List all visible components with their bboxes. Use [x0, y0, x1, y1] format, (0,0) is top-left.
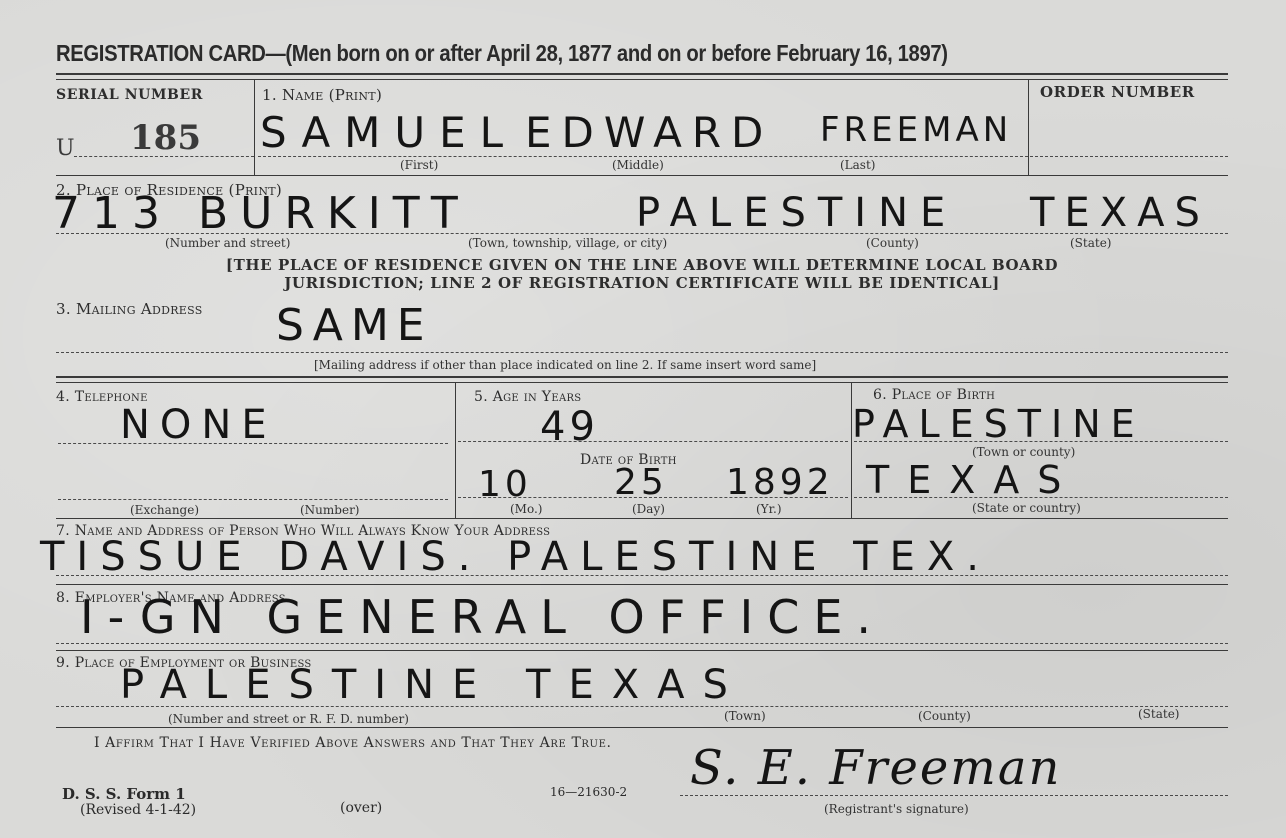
employment-underline	[56, 706, 1228, 707]
name-first[interactable]: SAMUEL	[260, 108, 517, 157]
telephone-value[interactable]: NONE	[120, 402, 277, 448]
name-middle[interactable]: EDWARD	[525, 108, 773, 157]
mailing-underline	[56, 352, 1228, 353]
birthplace-underline	[854, 441, 1228, 442]
rule	[56, 79, 1228, 80]
exchange-caption: (Exchange)	[130, 503, 199, 517]
name-underline	[258, 156, 1028, 157]
residence-underline	[56, 233, 1228, 234]
birthplace-state[interactable]: TEXAS	[866, 458, 1079, 502]
mailing-label: 3. Mailing Address	[56, 300, 203, 318]
employment-town-caption: (Town)	[724, 709, 766, 723]
name-label: 1. Name (Print)	[262, 86, 382, 104]
county-caption: (County)	[866, 236, 919, 250]
serial-number-label: SERIAL NUMBER	[56, 87, 203, 103]
registrant-signature[interactable]: S. E. Freeman	[690, 740, 1061, 796]
dob-underline	[458, 497, 848, 498]
serial-prefix: U	[56, 136, 75, 161]
contact-underline	[56, 575, 1228, 576]
name-last[interactable]: FREEMAN	[820, 110, 1012, 150]
month-caption: (Mo.)	[510, 502, 542, 516]
rule	[56, 175, 1228, 176]
employment-street-caption: (Number and street or R. F. D. number)	[168, 712, 409, 726]
form-revised: (Revised 4-1-42)	[80, 802, 196, 818]
signature-caption: (Registrant's signature)	[824, 802, 969, 816]
street-caption: (Number and street)	[165, 236, 290, 250]
birthplace-underline-2	[854, 497, 1228, 498]
divider	[455, 383, 456, 518]
affirmation-text: I Affirm That I Have Verified Above Answ…	[94, 735, 612, 751]
age-value[interactable]: 49	[540, 404, 599, 450]
telephone-underline-2	[58, 499, 448, 500]
age-underline	[458, 441, 848, 442]
age-label: 5. Age in Years	[474, 389, 581, 405]
residence-town[interactable]: PALESTINE	[636, 190, 957, 236]
number-caption: (Number)	[300, 503, 360, 517]
employment-state-caption: (State)	[1138, 707, 1179, 721]
telephone-underline	[58, 443, 448, 444]
divider	[254, 80, 255, 175]
employment-county-caption: (County)	[918, 709, 971, 723]
employment-place-value[interactable]: PALESTINE TEXAS	[120, 662, 746, 708]
card-title: REGISTRATION CARD—(Men born on or after …	[56, 40, 948, 67]
contact-value[interactable]: TISSUE DAVIS. PALESTINE TEX.	[40, 534, 991, 580]
rule	[56, 73, 1228, 75]
registration-card: REGISTRATION CARD—(Men born on or after …	[0, 0, 1286, 838]
form-code: 16—21630-2	[550, 785, 627, 799]
rule	[56, 518, 1228, 519]
residence-street[interactable]: 713 BURKITT	[52, 188, 470, 239]
residence-notice-line1: [THE PLACE OF RESIDENCE GIVEN ON THE LIN…	[56, 256, 1228, 274]
rule	[56, 727, 1228, 728]
rule	[56, 376, 1228, 378]
residence-state[interactable]: TEXAS	[1030, 190, 1210, 236]
mailing-value[interactable]: SAME	[276, 300, 433, 351]
rule	[56, 584, 1228, 585]
residence-notice-line2: JURISDICTION; LINE 2 OF REGISTRATION CER…	[56, 274, 1228, 292]
dob-month[interactable]: 10	[478, 464, 532, 505]
day-caption: (Day)	[632, 502, 665, 516]
last-caption: (Last)	[840, 158, 875, 172]
rule	[56, 650, 1228, 651]
underline	[74, 156, 254, 157]
form-name: D. S. S. Form 1	[62, 785, 186, 803]
rule	[56, 382, 1228, 383]
state-caption: (State)	[1070, 236, 1111, 250]
divider	[1028, 80, 1029, 175]
first-caption: (First)	[400, 158, 438, 172]
order-underline	[1030, 156, 1228, 157]
mailing-caption: [Mailing address if other than place ind…	[314, 358, 816, 372]
birthplace-state-caption: (State or country)	[972, 501, 1081, 515]
order-number-label: ORDER NUMBER	[1040, 83, 1195, 101]
town-caption: (Town, township, village, or city)	[468, 236, 667, 250]
middle-caption: (Middle)	[612, 158, 664, 172]
signature-underline	[680, 795, 1228, 796]
year-caption: (Yr.)	[756, 502, 782, 516]
over-note: (over)	[340, 800, 382, 816]
birthplace-town[interactable]: PALESTINE	[852, 402, 1145, 446]
birthplace-label: 6. Place of Birth	[873, 387, 995, 403]
employer-underline	[56, 643, 1228, 644]
birthplace-town-caption: (Town or county)	[972, 445, 1075, 459]
serial-number: 185	[130, 118, 201, 158]
employer-value[interactable]: I-GN GENERAL OFFICE.	[80, 590, 885, 644]
